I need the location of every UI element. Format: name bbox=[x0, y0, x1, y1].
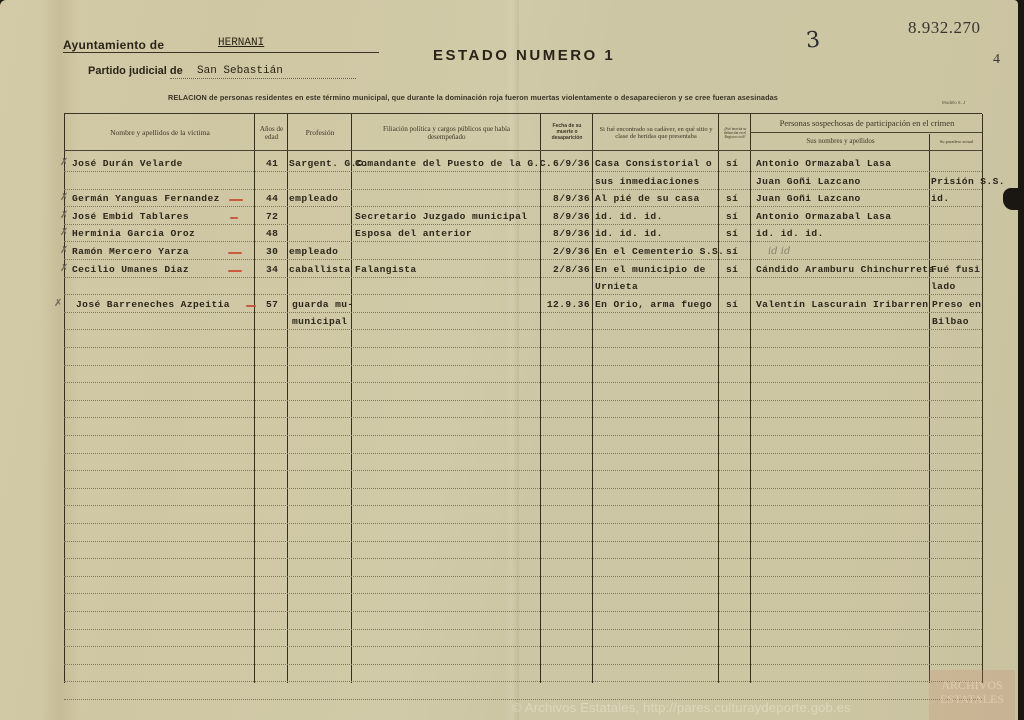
column-divider bbox=[592, 114, 593, 683]
cell-filiacion: Secretario Juzgado municipal bbox=[355, 211, 527, 222]
table-border-right bbox=[982, 114, 983, 683]
column-divider bbox=[718, 114, 719, 683]
cell-edad: 30 bbox=[266, 246, 278, 257]
ruled-line bbox=[64, 470, 982, 471]
ruled-line bbox=[64, 277, 982, 278]
ruled-line bbox=[64, 558, 982, 559]
ruled-line bbox=[64, 417, 982, 418]
check-mark-icon: ✗ bbox=[60, 227, 68, 238]
cell-sitio: En el Cementerio S.S. bbox=[595, 246, 724, 257]
col-header-inscrita: ¿Fué inscrita su defunción en el Registr… bbox=[720, 116, 750, 150]
cell-edad: 72 bbox=[266, 211, 278, 222]
cell-edad: 44 bbox=[266, 193, 278, 204]
red-pencil-mark bbox=[229, 199, 243, 201]
col-header-sospechosos-nombres: Sus nombres y apellidos bbox=[752, 133, 929, 150]
ruled-line bbox=[64, 611, 982, 612]
ruled-line bbox=[64, 523, 982, 524]
ruled-line bbox=[64, 593, 982, 594]
cell-inscrita: sí bbox=[726, 264, 738, 275]
check-mark-icon: ✗ bbox=[60, 263, 68, 274]
col-header-nombre: Nombre y apellidos de la víctima bbox=[66, 116, 254, 150]
ruled-line bbox=[64, 646, 982, 647]
column-divider bbox=[750, 114, 751, 683]
ruled-line bbox=[64, 365, 982, 366]
check-mark-icon: ✗ bbox=[60, 210, 68, 221]
cell-edad: 57 bbox=[266, 299, 278, 310]
handwritten-number: 3 bbox=[805, 27, 821, 53]
ruled-line bbox=[64, 294, 982, 295]
logo-line1: ARCHIVOS bbox=[929, 678, 1015, 692]
ayuntamiento-label: Ayuntamiento de bbox=[63, 38, 164, 52]
cell-sitio: sus inmediaciones bbox=[595, 176, 700, 187]
cell-inscrita: sí bbox=[726, 158, 738, 169]
cell-nombre: Germán Yanguas Fernandez bbox=[72, 193, 220, 204]
cell-profesion: empleado bbox=[289, 193, 338, 204]
red-pencil-mark bbox=[230, 217, 238, 219]
ruled-line bbox=[64, 664, 982, 665]
ruled-line bbox=[64, 171, 982, 172]
col-header-sospechosos-group: Personas sospechosas de participación en… bbox=[752, 116, 982, 132]
cell-fecha: 6/9/36 bbox=[542, 158, 590, 169]
modelo-label: Modelo 6. J bbox=[942, 100, 965, 105]
col-header-sitio: Si fué encontrado su cadáver, en qué sit… bbox=[594, 116, 718, 150]
cell-profesion: municipal bbox=[292, 316, 347, 327]
cell-filiacion: Comandante del Puesto de la G.C. bbox=[355, 158, 552, 169]
column-divider bbox=[254, 114, 255, 683]
ruled-line bbox=[64, 541, 982, 542]
col-header-fecha: Fecha de su muerte o desaparición bbox=[542, 116, 592, 150]
col-header-edad: Años de edad bbox=[256, 116, 287, 150]
relacion-description: RELACION de personas residentes en este … bbox=[168, 93, 778, 102]
cell-sitio: En Orio, arma fuego bbox=[595, 299, 712, 310]
cell-inscrita: sí bbox=[726, 246, 738, 257]
cell-sitio: Casa Consistorial o bbox=[595, 158, 712, 169]
cell-nombre: José Barreneches Azpeitia bbox=[76, 299, 230, 310]
cell-sospechoso: id. id. id. bbox=[756, 228, 824, 239]
cell-sospechoso: Cándido Aramburu Chinchurreta bbox=[756, 264, 935, 275]
victims-table: Nombre y apellidos de la víctima Años de… bbox=[64, 113, 982, 683]
cell-profesion: caballista bbox=[289, 264, 351, 275]
ruled-line bbox=[64, 505, 982, 506]
cell-sitio: id. id. id. bbox=[595, 228, 663, 239]
cell-sitio: En el municipio de bbox=[595, 264, 706, 275]
red-pencil-mark bbox=[246, 305, 256, 307]
column-divider bbox=[929, 134, 930, 683]
cell-sitio: Al pié de su casa bbox=[595, 193, 700, 204]
ayuntamiento-underline bbox=[63, 52, 379, 53]
cell-paradero: Bilbao bbox=[932, 316, 969, 327]
header-bottom-border bbox=[64, 150, 982, 151]
ruled-line bbox=[64, 681, 982, 682]
ruled-line bbox=[64, 453, 982, 454]
ruled-line bbox=[64, 312, 982, 313]
ruled-line bbox=[64, 382, 982, 383]
cell-edad: 41 bbox=[266, 158, 278, 169]
cell-fecha: 8/9/36 bbox=[542, 193, 590, 204]
cell-sitio: Urnieta bbox=[595, 281, 638, 292]
cell-paradero: id. bbox=[931, 193, 949, 204]
cell-fecha: 2/8/36 bbox=[542, 264, 590, 275]
cell-edad: 48 bbox=[266, 228, 278, 239]
ruled-line bbox=[64, 629, 982, 630]
cell-nombre: José Durán Velarde bbox=[72, 158, 183, 169]
cell-profesion: empleado bbox=[289, 246, 338, 257]
col-header-filiacion: Filiación política y cargos públicos que… bbox=[353, 116, 540, 150]
cell-sospechoso: Juan Goñi Lazcano bbox=[756, 193, 861, 204]
ruled-line bbox=[64, 400, 982, 401]
cell-profesion: guarda mu- bbox=[292, 299, 354, 310]
column-divider bbox=[540, 114, 541, 683]
ruled-line bbox=[64, 224, 982, 225]
cell-inscrita: sí bbox=[726, 193, 738, 204]
check-mark-icon: ✗ bbox=[60, 157, 68, 168]
red-pencil-mark bbox=[228, 252, 242, 254]
copyright-watermark: © Archivos Estatales, http://pares.cultu… bbox=[512, 700, 851, 715]
cell-inscrita: sí bbox=[726, 211, 738, 222]
col-header-paradero: Su paradero actual bbox=[931, 133, 982, 150]
check-mark-icon: ✗ bbox=[60, 245, 68, 256]
cell-sospechoso: Antonio Ormazabal Lasa bbox=[756, 158, 891, 169]
archivos-estatales-logo: ARCHIVOS ESTATALES bbox=[929, 670, 1015, 720]
column-divider bbox=[287, 114, 288, 683]
ruled-line bbox=[64, 189, 982, 190]
reference-number: 8.932.270 bbox=[908, 18, 981, 38]
cell-inscrita: sí bbox=[726, 299, 738, 310]
ruled-line bbox=[64, 241, 982, 242]
red-pencil-mark bbox=[228, 270, 242, 272]
cell-inscrita: sí bbox=[726, 228, 738, 239]
partido-label: Partido judicial de bbox=[88, 65, 183, 77]
ruled-line bbox=[64, 435, 982, 436]
cell-sospechoso: Juan Goñi Lazcano bbox=[756, 176, 861, 187]
cell-nombre: Herminia Garcia Oroz bbox=[72, 228, 195, 239]
document-page: Ayuntamiento de HERNANI Partido judicial… bbox=[0, 0, 1018, 720]
cell-sospechoso: Valentín Lascurain Iribarren bbox=[756, 299, 928, 310]
ruled-line bbox=[64, 488, 982, 489]
cell-paradero: Fué fusi bbox=[931, 264, 980, 275]
ruled-line bbox=[64, 576, 982, 577]
ruled-line bbox=[64, 259, 982, 260]
cell-fecha: 2/9/36 bbox=[542, 246, 590, 257]
logo-line2: ESTATALES bbox=[929, 692, 1015, 706]
cell-nombre: Cecilio Umanes Diaz bbox=[72, 264, 189, 275]
check-mark-icon: ✗ bbox=[60, 192, 68, 203]
cell-sospechoso: Antonio Ormazabal Lasa bbox=[756, 211, 891, 222]
cell-nombre: José Embid Tablares bbox=[72, 211, 189, 222]
ruled-line bbox=[64, 347, 982, 348]
document-title: ESTADO NUMERO 1 bbox=[433, 47, 615, 64]
partido-underline bbox=[170, 78, 356, 79]
cell-fecha: 8/9/36 bbox=[542, 211, 590, 222]
cell-fecha: 12.9.36 bbox=[542, 299, 590, 310]
cell-sitio: id. id. id. bbox=[595, 211, 663, 222]
ruled-line bbox=[64, 206, 982, 207]
partido-value: San Sebastián bbox=[197, 65, 283, 77]
col-header-profesion: Profesión bbox=[289, 116, 351, 150]
cell-filiacion: Falangista bbox=[355, 264, 417, 275]
cell-sospechoso: id id bbox=[768, 246, 790, 257]
cell-paradero: Preso en bbox=[932, 299, 981, 310]
paper-tear bbox=[1003, 188, 1024, 210]
ruled-line bbox=[64, 329, 982, 330]
cell-edad: 34 bbox=[266, 264, 278, 275]
column-divider bbox=[351, 114, 352, 683]
page-number: 4 bbox=[993, 52, 1000, 68]
cell-nombre: Ramón Mercero Yarza bbox=[72, 246, 189, 257]
cell-fecha: 8/9/36 bbox=[542, 228, 590, 239]
cell-paradero: lado bbox=[931, 281, 956, 292]
cell-paradero: Prisión S.S. bbox=[931, 176, 1005, 187]
cell-filiacion: Esposa del anterior bbox=[355, 228, 472, 239]
ayuntamiento-value: HERNANI bbox=[218, 37, 264, 49]
check-mark-icon: ✗ bbox=[54, 298, 62, 309]
